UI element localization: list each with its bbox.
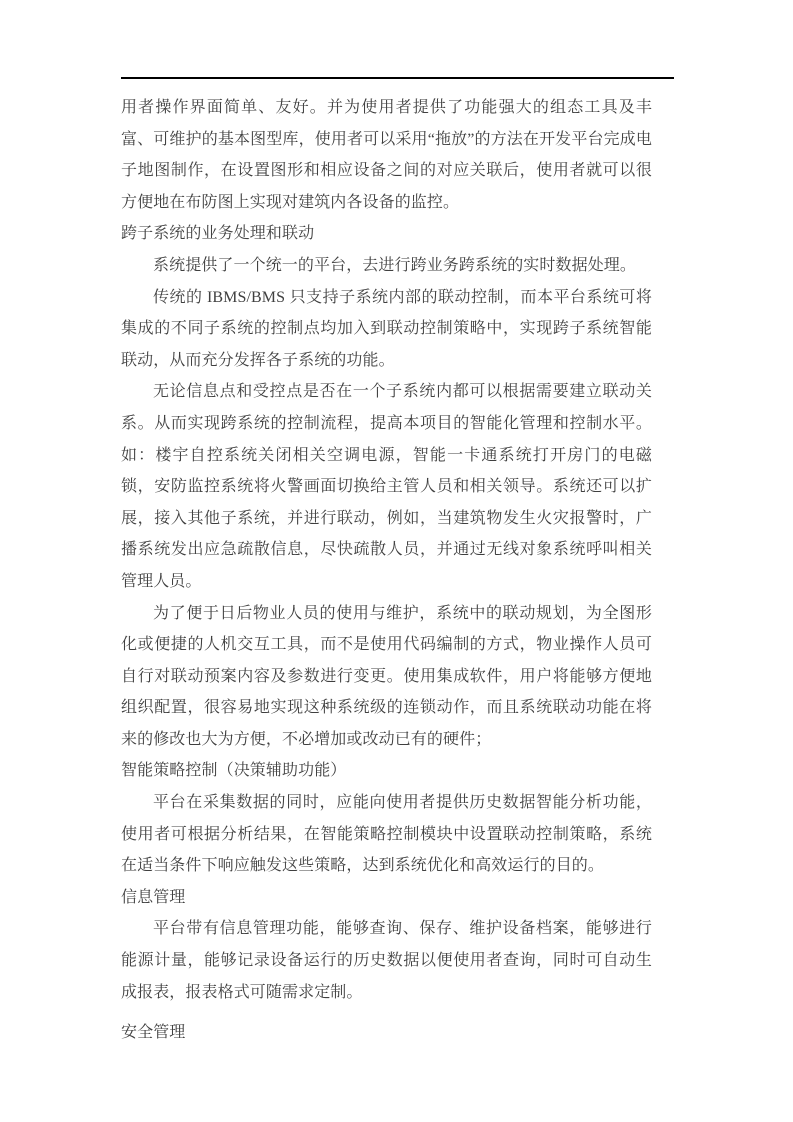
paragraph: 平台在采集数据的同时，应能向使用者提供历史数据智能分析功能，使用者可根据分析结果… (121, 787, 652, 882)
section-heading: 跨子系统的业务处理和联动 (121, 218, 652, 250)
paragraph: 传统的 IBMS/BMS 只支持子系统内部的联动控制，而本平台系统可将集成的不同… (121, 282, 652, 377)
section-heading: 信息管理 (121, 882, 652, 914)
document-body: 用者操作界面简单、友好。并为使用者提供了功能强大的组态工具及丰富、可维护的基本图… (121, 92, 652, 1049)
paragraph: 为了便于日后物业人员的使用与维护，系统中的联动规划，为全图形化或便捷的人机交互工… (121, 598, 652, 756)
section-heading: 智能策略控制（决策辅助功能） (121, 755, 652, 787)
paragraph: 无论信息点和受控点是否在一个子系统内都可以根据需要建立联动关系。从而实现跨系统的… (121, 376, 652, 597)
section-heading: 安全管理 (121, 1017, 652, 1049)
paragraph: 平台带有信息管理功能，能够查询、保存、维护设备档案，能够进行能源计量，能够记录设… (121, 913, 652, 1008)
document-page: 用者操作界面简单、友好。并为使用者提供了功能强大的组态工具及丰富、可维护的基本图… (0, 0, 793, 1122)
header-rule (121, 77, 674, 79)
paragraph: 系统提供了一个统一的平台，去进行跨业务跨系统的实时数据处理。 (121, 250, 652, 282)
paragraph: 用者操作界面简单、友好。并为使用者提供了功能强大的组态工具及丰富、可维护的基本图… (121, 92, 652, 218)
